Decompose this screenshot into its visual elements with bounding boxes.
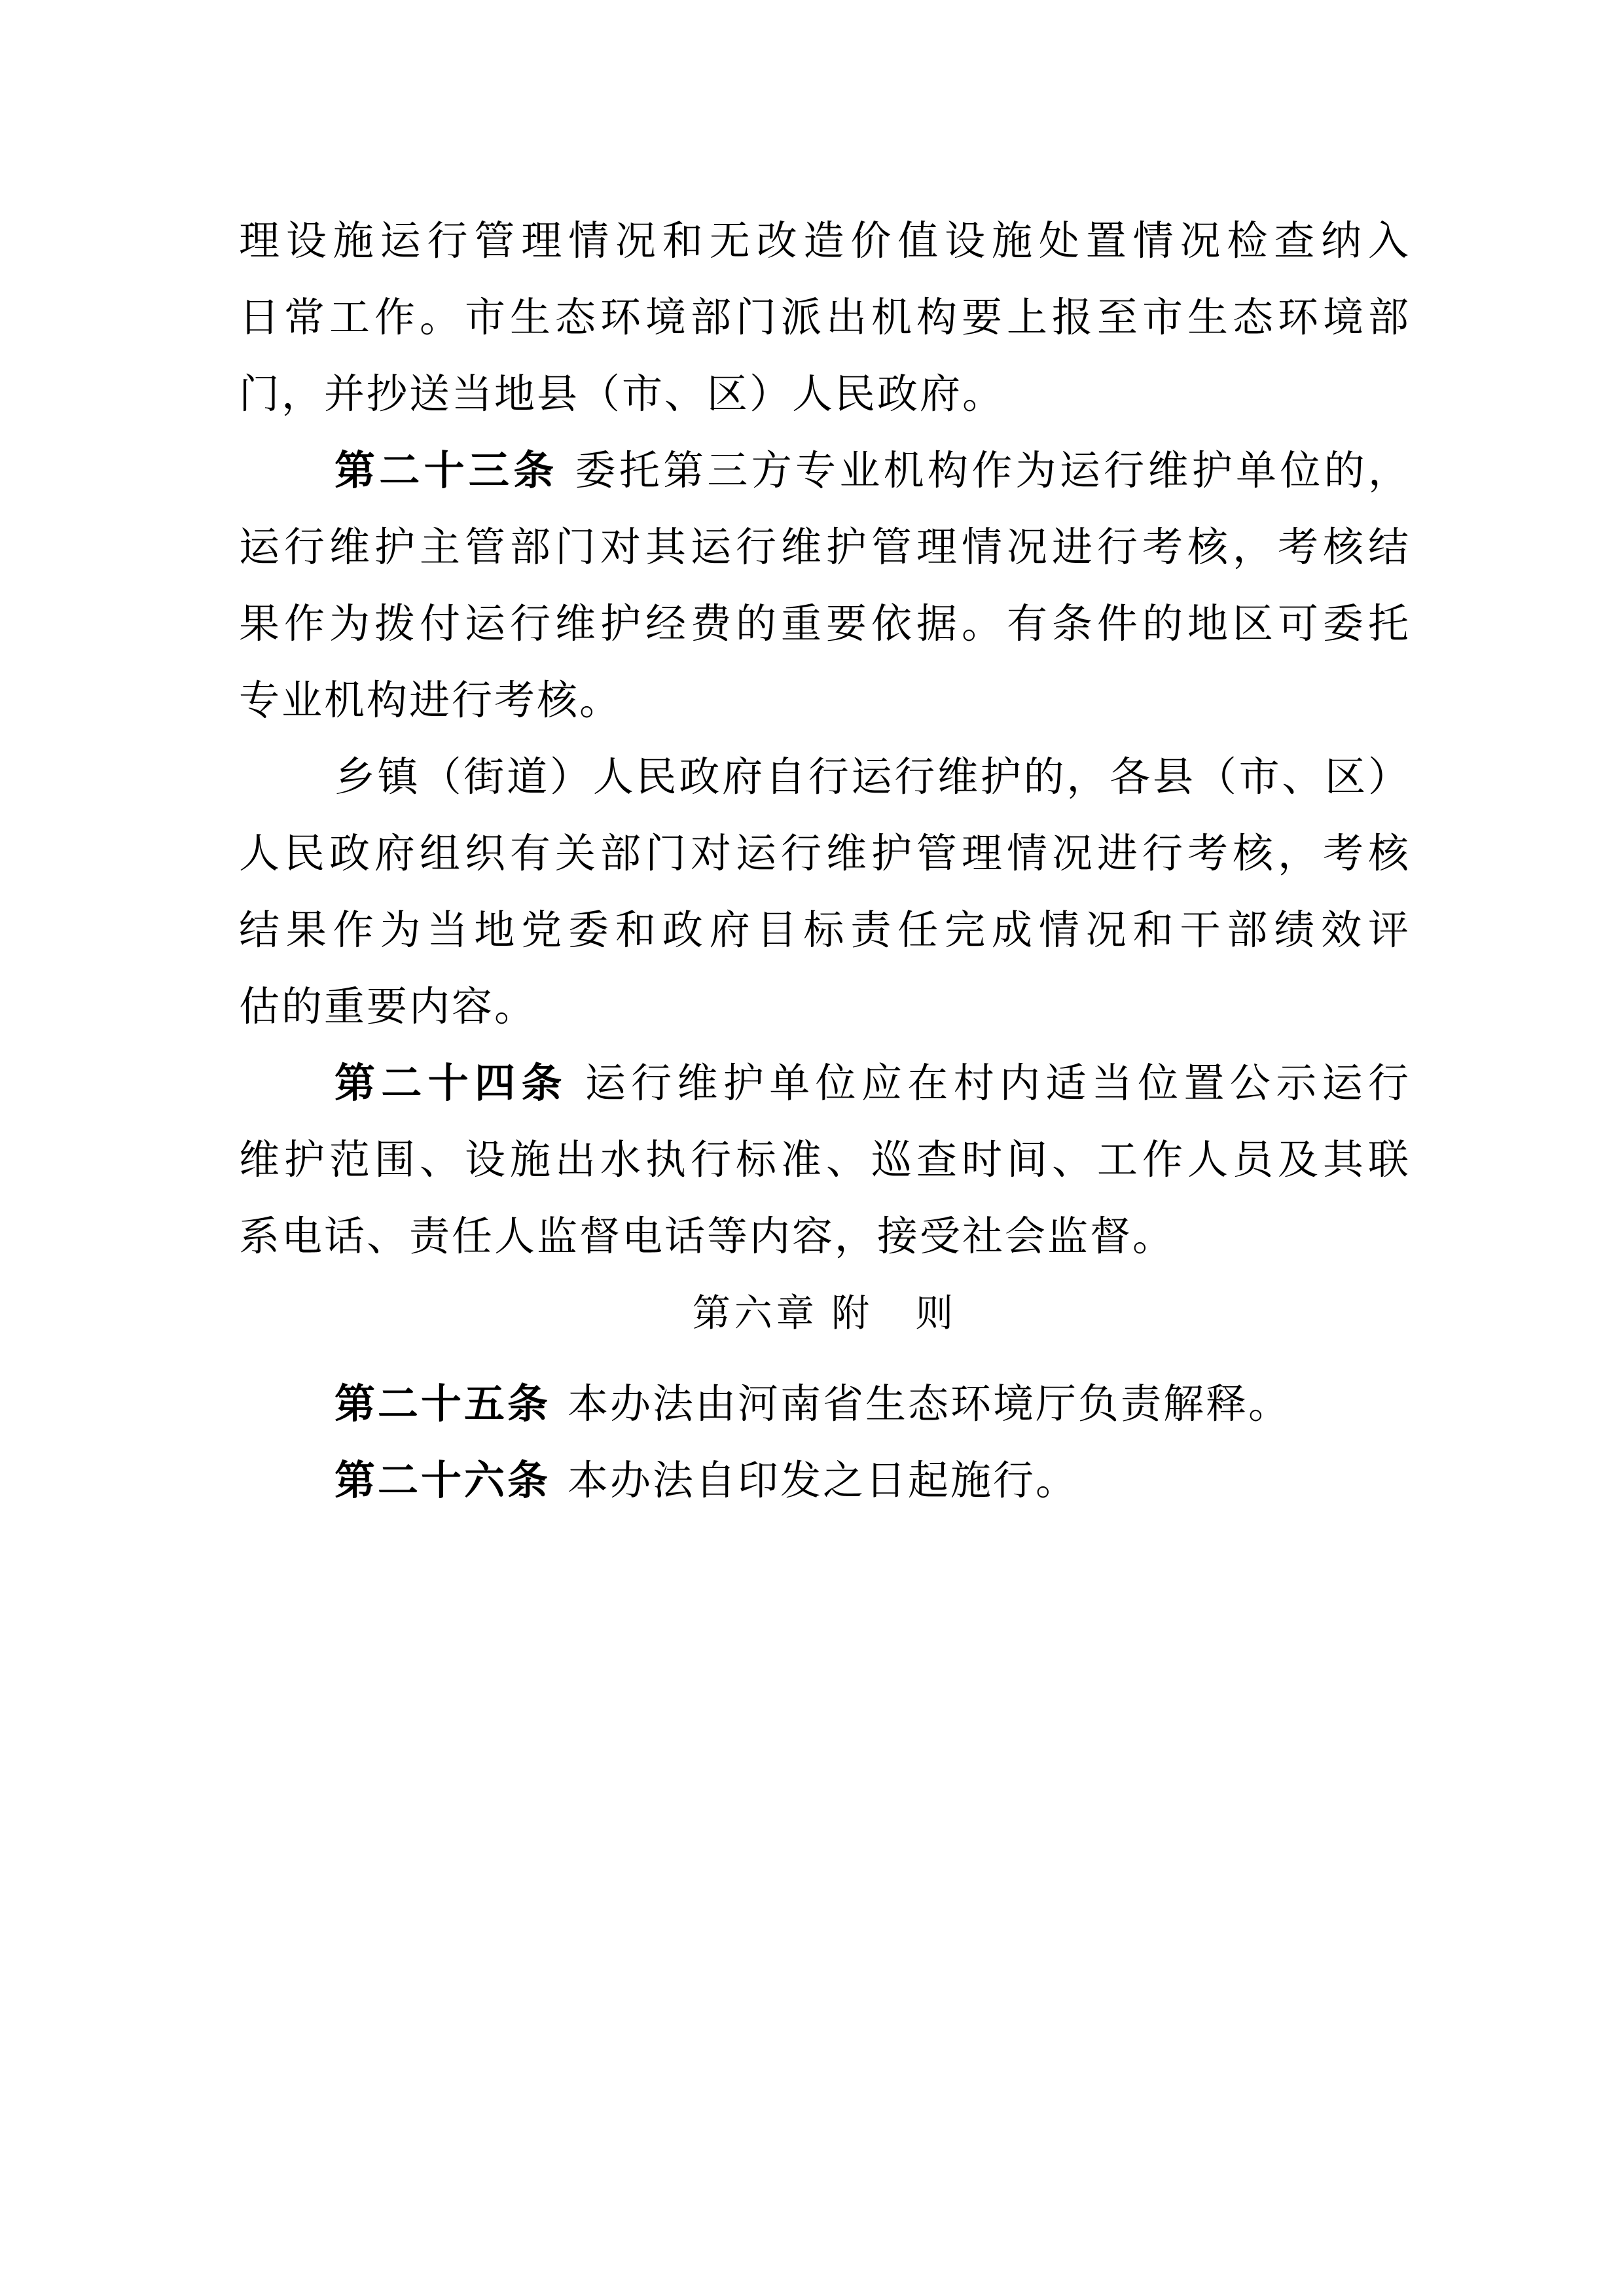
body-line: 估的重要内容。 [239, 969, 1411, 1045]
article-24-first-line: 第二十四条运行维护单位应在村内适当位置公示运行 [239, 1045, 1411, 1122]
body-text: 本办法自印发之日起施行。 [568, 1458, 1078, 1503]
body-line: 系电话、责任人监督电话等内容，接受社会监督。 [239, 1198, 1411, 1275]
body-line: 运行维护主管部门对其运行维护管理情况进行考核，考核结 [239, 509, 1411, 586]
body-text: 日常工作。市生态环境部门派出机构要上报至市生态环境部 [239, 295, 1411, 340]
body-text: 果作为拨付运行维护经费的重要依据。有条件的地区可委托 [239, 601, 1411, 647]
article-23-first-line: 第二十三条委托第三方专业机构作为运行维护单位的， [239, 433, 1411, 509]
body-text: 乡镇（街道）人民政府自行运行维护的，各县（市、区） [334, 755, 1411, 800]
body-line: 门，并抄送当地县（市、区）人民政府。 [239, 356, 1411, 433]
body-text: 运行维护主管部门对其运行维护管理情况进行考核，考核结 [239, 525, 1411, 570]
body-text: 系电话、责任人监督电话等内容，接受社会监督。 [239, 1214, 1175, 1259]
article-25-line: 第二十五条本办法由河南省生态环境厅负责解释。 [239, 1366, 1411, 1443]
body-line: 果作为拨付运行维护经费的重要依据。有条件的地区可委托 [239, 586, 1411, 662]
article-24-number: 第二十四条 [334, 1061, 568, 1106]
body-text: 理设施运行管理情况和无改造价值设施处置情况检查纳入 [239, 219, 1411, 264]
article-26-line: 第二十六条本办法自印发之日起施行。 [239, 1443, 1411, 1519]
article-23-number: 第二十三条 [334, 448, 558, 493]
body-text: 维护范围、设施出水执行标准、巡查时间、工作人员及其联 [239, 1138, 1411, 1183]
body-line: 维护范围、设施出水执行标准、巡查时间、工作人员及其联 [239, 1122, 1411, 1198]
body-line: 专业机构进行考核。 [239, 662, 1411, 739]
chapter-heading-text: 第六章 附 则 [693, 1292, 958, 1335]
document-page: 理设施运行管理情况和无改造价值设施处置情况检查纳入 日常工作。市生态环境部门派出… [0, 0, 1624, 2296]
body-line: 日常工作。市生态环境部门派出机构要上报至市生态环境部 [239, 279, 1411, 356]
body-text: 估的重要内容。 [239, 984, 537, 1030]
chapter-heading: 第六章 附 则 [239, 1275, 1411, 1352]
body-line: 结果作为当地党委和政府目标责任完成情况和干部绩效评 [239, 892, 1411, 969]
document-text-block: 理设施运行管理情况和无改造价值设施处置情况检查纳入 日常工作。市生态环境部门派出… [239, 203, 1411, 1519]
article-25-number: 第二十五条 [334, 1382, 550, 1427]
body-text: 人民政府组织有关部门对运行维护管理情况进行考核，考核 [239, 831, 1411, 876]
paragraph-first-line: 乡镇（街道）人民政府自行运行维护的，各县（市、区） [239, 739, 1411, 816]
body-text: 门，并抄送当地县（市、区）人民政府。 [239, 372, 1005, 417]
body-text: 本办法由河南省生态环境厅负责解释。 [568, 1382, 1291, 1427]
body-line: 理设施运行管理情况和无改造价值设施处置情况检查纳入 [239, 203, 1411, 279]
body-text: 专业机构进行考核。 [239, 678, 622, 723]
body-line: 人民政府组织有关部门对运行维护管理情况进行考核，考核 [239, 816, 1411, 892]
body-text: 运行维护单位应在村内适当位置公示运行 [585, 1061, 1411, 1106]
article-26-number: 第二十六条 [334, 1458, 550, 1503]
body-text: 委托第三方专业机构作为运行维护单位的， [575, 448, 1411, 493]
body-text: 结果作为当地党委和政府目标责任完成情况和干部绩效评 [239, 908, 1411, 953]
